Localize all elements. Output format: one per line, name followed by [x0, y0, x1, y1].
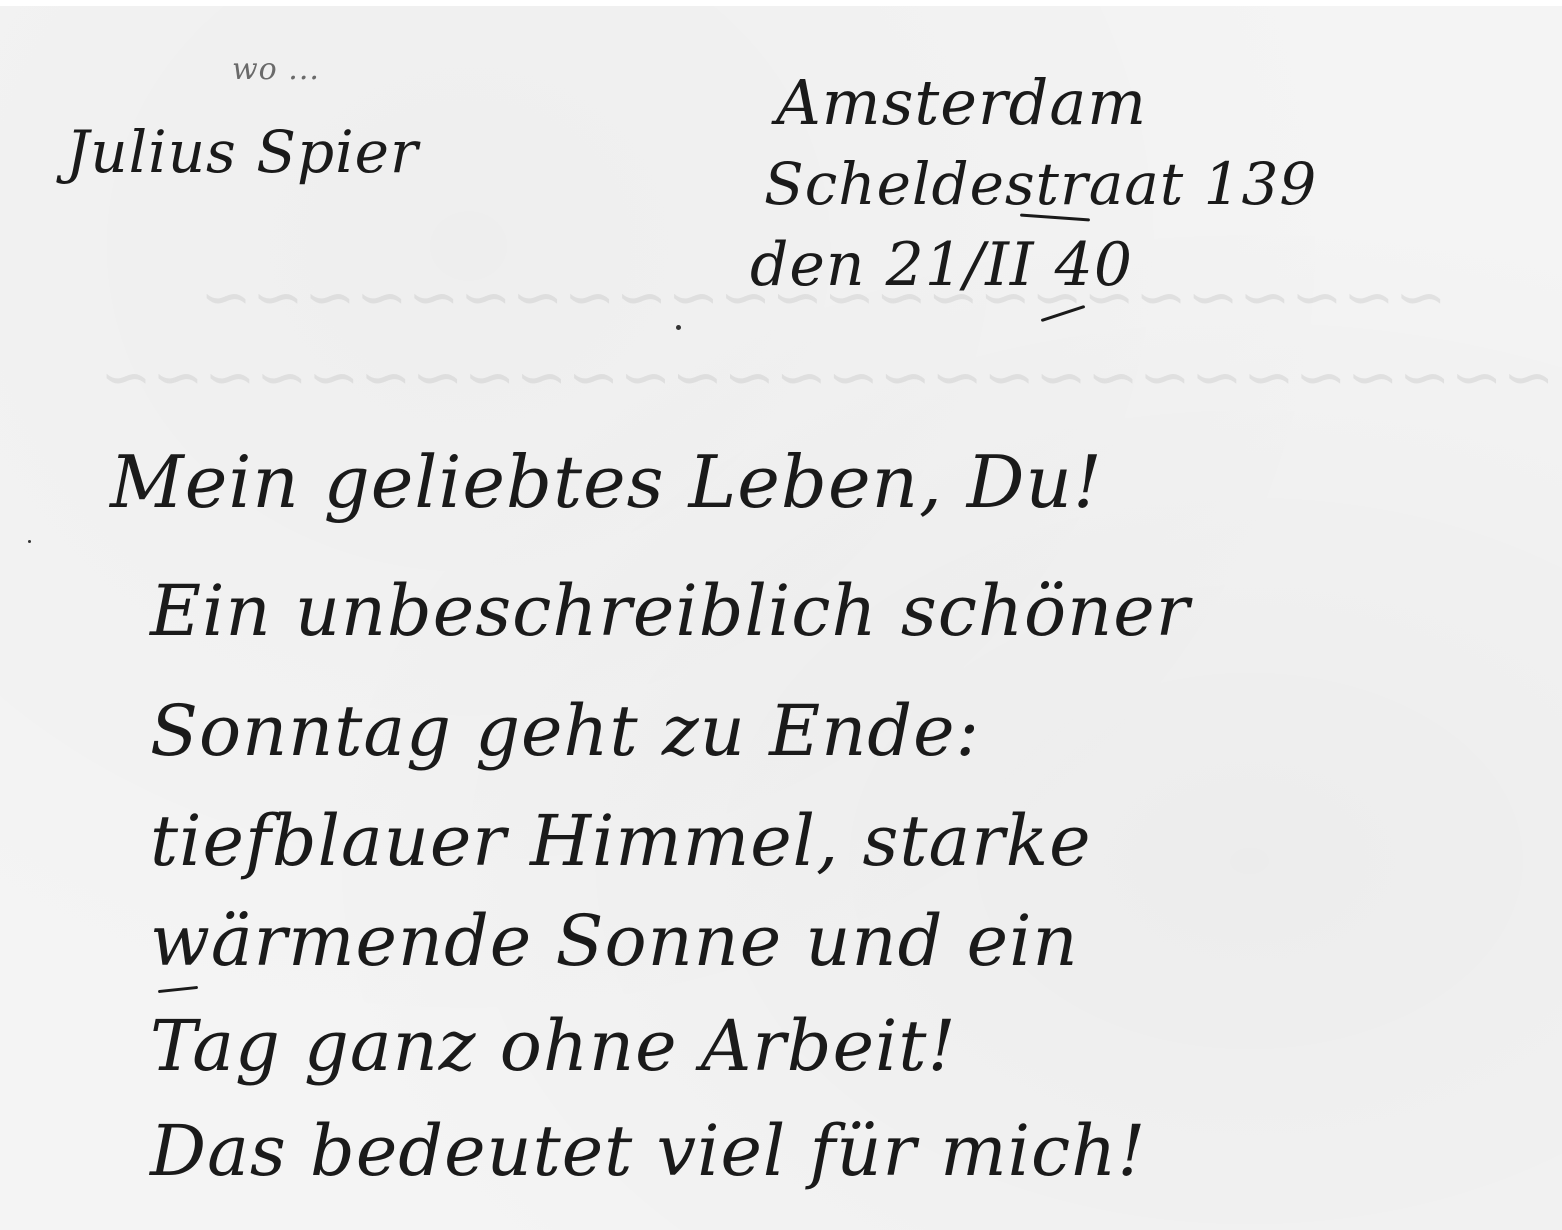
letter-page: ~~~~~~~~~~~~~~~~~~~~~~~~ ~~~~~~~~~~~~~~~…	[0, 0, 1562, 1230]
faint-header-note: wo ...	[232, 52, 320, 87]
address-street: Scheldestraat 139	[764, 150, 1317, 218]
sender-name: Julius Spier	[66, 118, 419, 186]
body-line: tiefblauer Himmel, starke	[150, 800, 1092, 882]
letter-greeting: Mein geliebtes Leben, Du!	[110, 440, 1103, 524]
body-line: Sonntag geht zu Ende:	[150, 690, 980, 772]
ink-speck	[676, 325, 681, 330]
overline-stroke	[158, 986, 198, 993]
ink-speck	[28, 540, 31, 543]
paper-top-edge	[0, 0, 1562, 6]
body-line: Ein unbeschreiblich schöner	[150, 570, 1190, 652]
cut-off-line: ...	[150, 1208, 210, 1230]
body-line: Tag ganz ohne Arbeit!	[150, 1005, 957, 1087]
address-city: Amsterdam	[776, 66, 1147, 139]
letter-date: den 21/II 40	[750, 230, 1133, 300]
body-line: wärmende Sonne und ein	[150, 900, 1079, 982]
bleed-through-text: ~~~~~~~~~~~~~~~~~~~~~~~~~~~~	[100, 340, 1555, 413]
body-line: Das bedeutet viel für mich!	[150, 1110, 1146, 1192]
